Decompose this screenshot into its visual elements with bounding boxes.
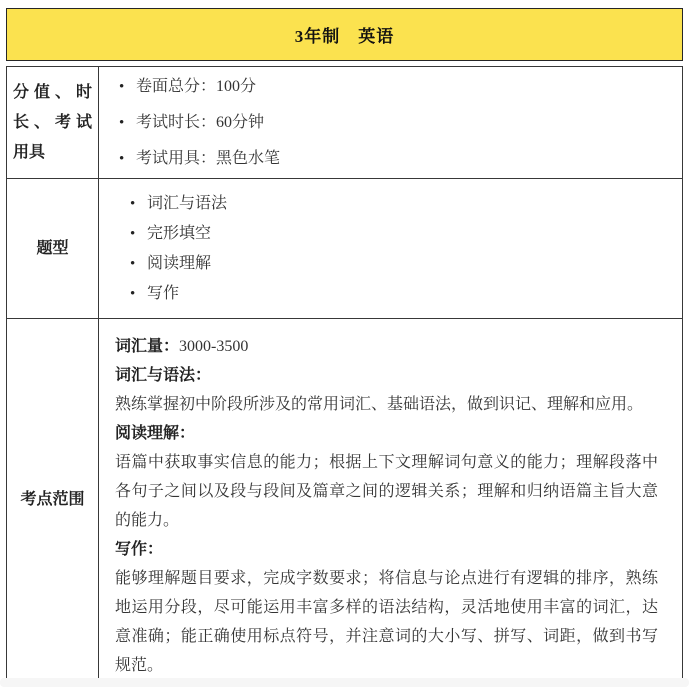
table-row-question-types: 题型 词汇与语法 完形填空 阅读理解 写作 [7, 179, 683, 319]
paragraph: 语篇中获取事实信息的能力；根据上下文理解词句意义的能力；理解段落中各句子之间以及… [115, 448, 658, 535]
paragraph: 写作： [115, 535, 658, 564]
paragraph: 词汇与语法： [115, 361, 658, 390]
paragraph-lead: 写作： [115, 541, 163, 558]
paragraph-text: 语篇中获取事实信息的能力；根据上下文理解词句意义的能力；理解段落中各句子之间以及… [115, 454, 658, 529]
table-title: 3年制 英语 [6, 8, 683, 61]
bullet-list: 词汇与语法 完形填空 阅读理解 写作 [99, 189, 682, 309]
table-row-score-duration-tools: 分值、时长、考试用具 卷面总分：100分 考试时长：60分钟 考试用具：黑色水笔 [7, 67, 683, 179]
paragraph-text: 熟练掌握初中阶段所涉及的常用词汇、基础语法，做到识记、理解和应用。 [115, 396, 643, 413]
list-item: 卷面总分：100分 [119, 69, 682, 105]
paragraph: 熟练掌握初中阶段所涉及的常用词汇、基础语法，做到识记、理解和应用。 [115, 390, 658, 419]
row-label-score-duration-tools: 分值、时长、考试用具 [7, 67, 99, 179]
paragraph-text: 能够理解题目要求，完成字数要求；将信息与论点进行有逻辑的排序，熟练地运用分段，尽… [115, 570, 658, 674]
bullet-list: 卷面总分：100分 考试时长：60分钟 考试用具：黑色水笔 [99, 69, 682, 177]
cell-exam-scope: 词汇量：3000-3500 词汇与语法： 熟练掌握初中阶段所涉及的常用词汇、基础… [99, 319, 683, 681]
row-label-question-types: 题型 [7, 179, 99, 319]
page: 3年制 英语 分值、时长、考试用具 卷面总分：100分 考试时长：60分钟 考试… [0, 0, 689, 687]
paragraph: 词汇量：3000-3500 [115, 332, 658, 361]
list-item: 考试时长：60分钟 [119, 105, 682, 141]
paragraph-lead: 阅读理解： [115, 425, 195, 442]
list-item: 完形填空 [130, 219, 682, 249]
list-item: 词汇与语法 [130, 189, 682, 219]
list-item: 考试用具：黑色水笔 [119, 141, 682, 177]
list-item: 写作 [130, 279, 682, 309]
row-label-exam-scope: 考点范围 [7, 319, 99, 681]
paragraph: 阅读理解： [115, 419, 658, 448]
table-row-exam-scope: 考点范围 词汇量：3000-3500 词汇与语法： 熟练掌握初中阶段所涉及的常用… [7, 319, 683, 681]
paragraph: 能够理解题目要求，完成字数要求；将信息与论点进行有逻辑的排序，熟练地运用分段，尽… [115, 564, 658, 680]
paragraph-lead: 词汇与语法： [115, 367, 211, 384]
syllabus-table: 分值、时长、考试用具 卷面总分：100分 考试时长：60分钟 考试用具：黑色水笔… [6, 66, 683, 681]
list-item: 阅读理解 [130, 249, 682, 279]
cell-score-duration-tools: 卷面总分：100分 考试时长：60分钟 考试用具：黑色水笔 [99, 67, 683, 179]
page-bottom-strip [0, 678, 689, 687]
paragraph-text: 3000-3500 [179, 338, 248, 355]
cell-question-types: 词汇与语法 完形填空 阅读理解 写作 [99, 179, 683, 319]
paragraph-lead: 词汇量： [115, 338, 179, 355]
